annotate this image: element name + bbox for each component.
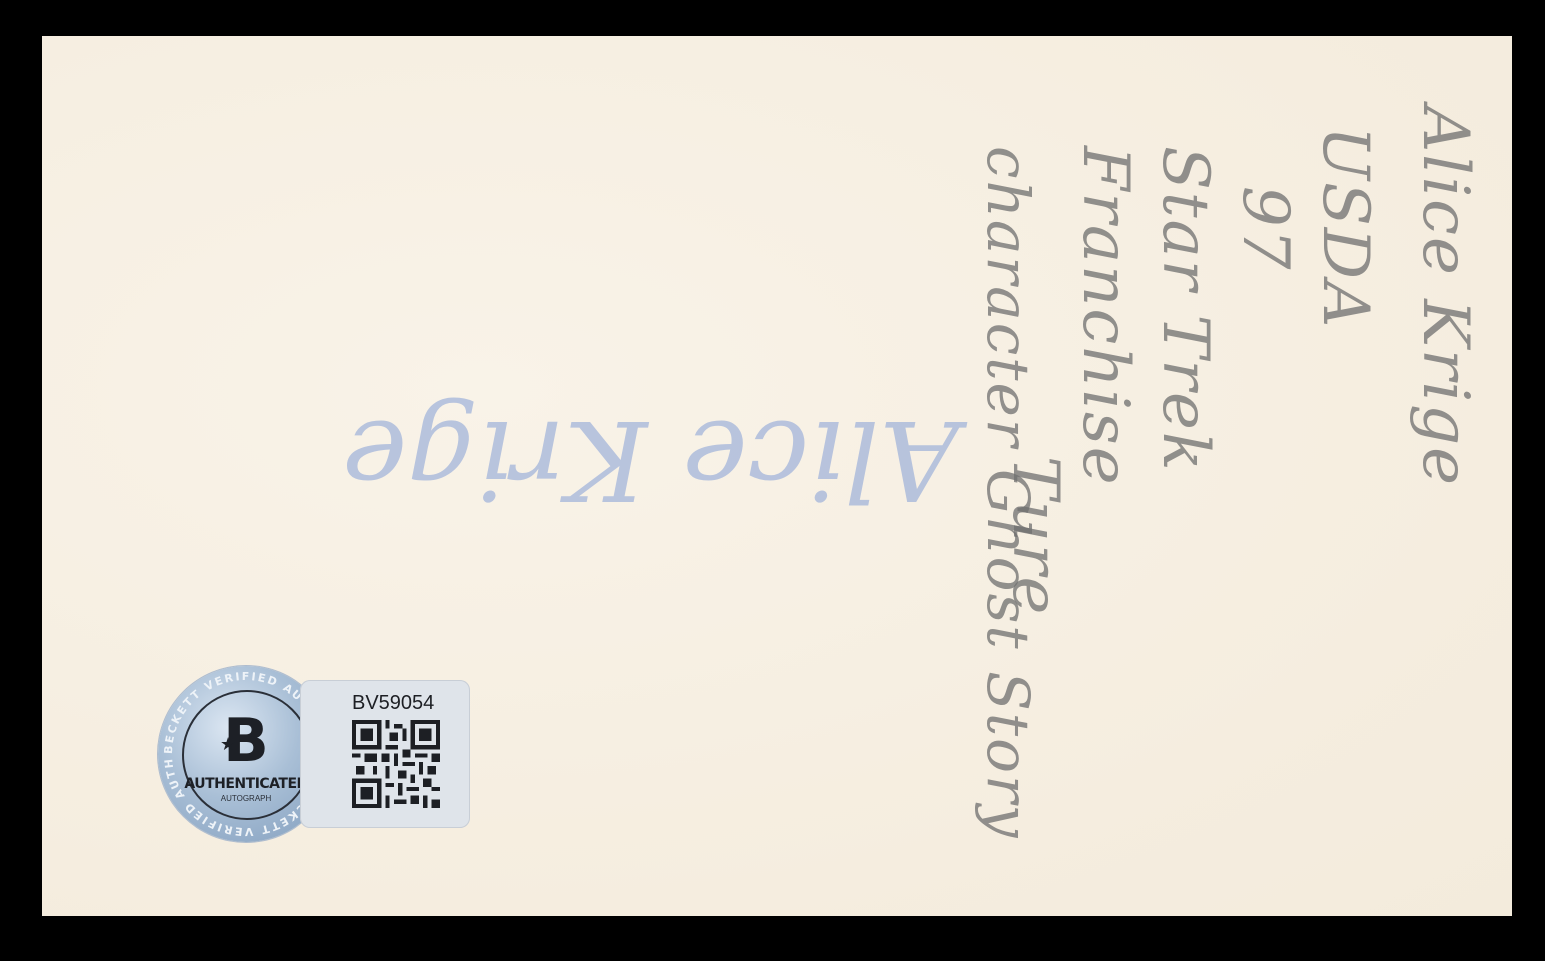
star-icon: ★ [220,734,236,755]
pencil-note-line: USDA [1308,126,1382,329]
pencil-note-line: Alice Krige [1408,106,1482,487]
qr-code-icon [352,720,440,808]
pencil-note-line: Star Trek [1148,146,1222,473]
certificate-label: BV59054 [300,680,470,828]
pencil-note-line: 97 [1228,186,1302,271]
pencil-note-line: Ture [998,456,1072,616]
certificate-id: BV59054 [352,692,434,715]
signature: Alice Krige [342,396,959,524]
pencil-note-line: Franchise [1068,146,1142,487]
